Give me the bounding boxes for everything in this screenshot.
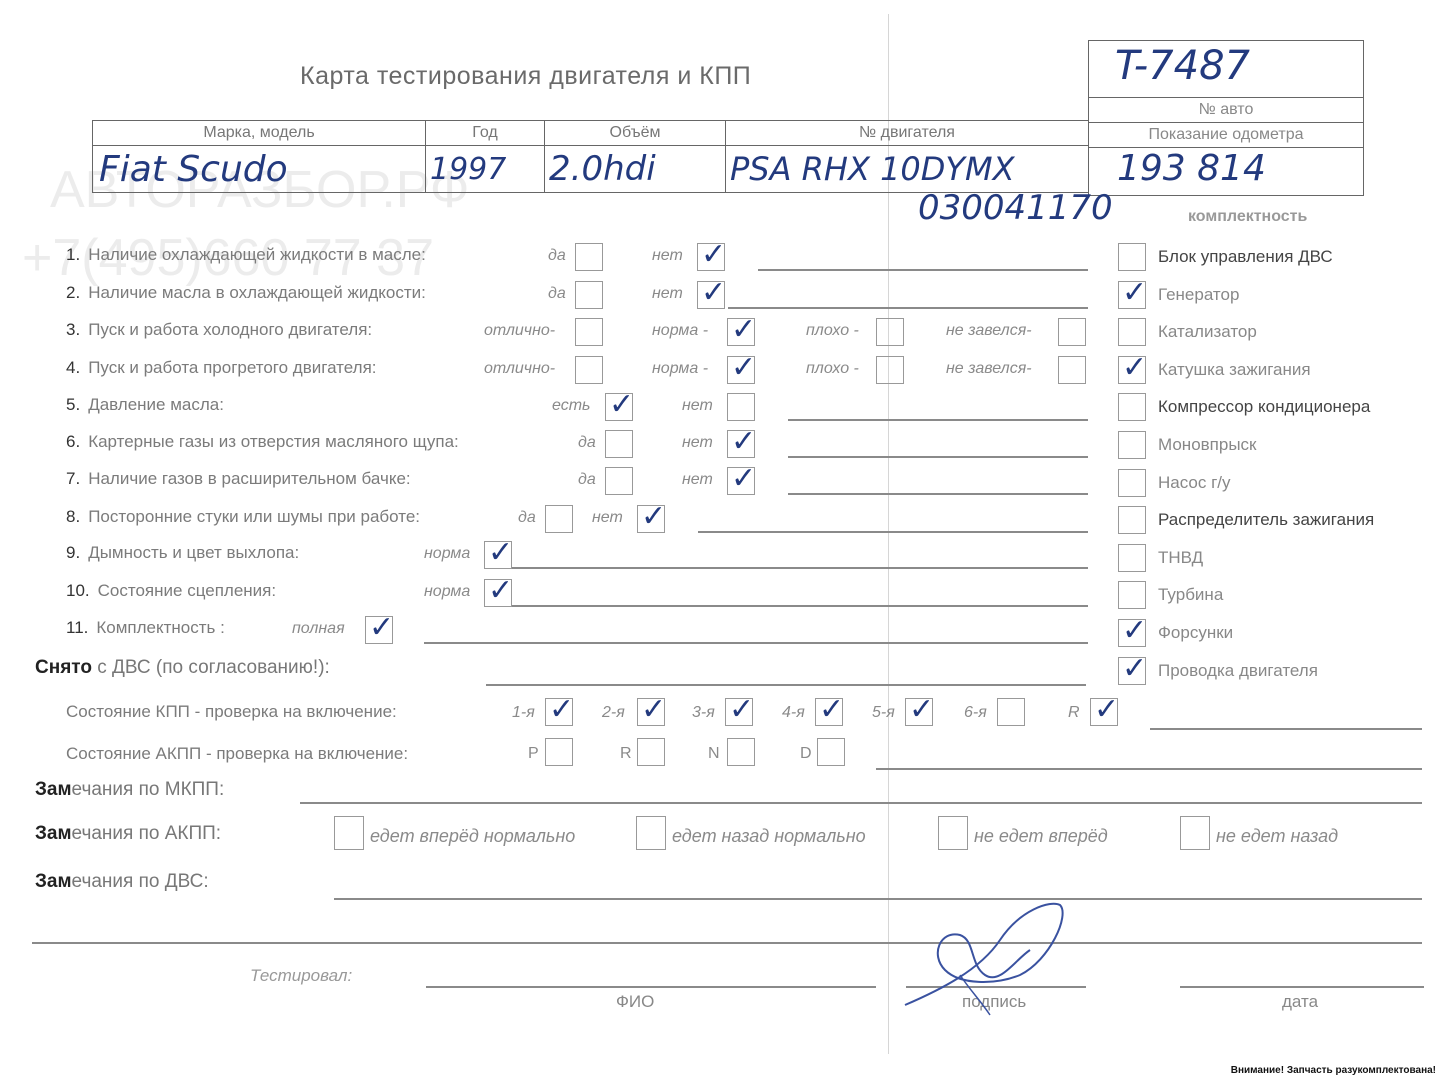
check-mark-icon: ✓ [1122, 279, 1147, 307]
engine-number-line2: 030041170 [918, 188, 1113, 228]
kit-item-label: Форсунки [1158, 623, 1233, 643]
option-checkbox-q3-4[interactable] [1058, 318, 1086, 346]
gear-label: 1-я [512, 704, 535, 722]
kit-item-label: Блок управления ДВС [1158, 247, 1333, 267]
gear-label: R [1068, 704, 1080, 722]
gear-label: 2-я [602, 704, 625, 722]
remark-line-q7[interactable] [788, 493, 1088, 495]
question-number: 9. [66, 543, 80, 562]
kit-item-label: Распределитель зажигания [1158, 510, 1374, 530]
kit-checkbox-1[interactable] [1118, 243, 1146, 271]
kit-item-label: ТНВД [1158, 548, 1203, 568]
auto-gear-label: P [528, 745, 539, 763]
check-mark-icon: ✓ [549, 696, 574, 724]
question-number: 3. [66, 320, 80, 339]
question-text: Комплектность : [96, 618, 224, 637]
manual-gearbox-label: Состояние КПП - проверка на включение: [66, 702, 397, 722]
kit-item-label: Моновпрыск [1158, 435, 1257, 455]
vehicle-info-table: Марка, модель Год Объём № двигателя Fiat… [92, 120, 1089, 193]
gear-label: 6-я [964, 704, 987, 722]
question-number: 6. [66, 432, 80, 451]
col-model-header: Марка, модель [93, 121, 426, 146]
kit-item-label: Насос г/у [1158, 473, 1231, 493]
auto-number-cell[interactable]: T-7487 [1089, 41, 1363, 98]
engine-number-value: PSA RHX 10DYMX [726, 150, 1015, 188]
check-mark-icon: ✓ [909, 696, 934, 724]
remark-line-q11[interactable] [424, 642, 1088, 644]
kit-item-label: Турбина [1158, 585, 1223, 605]
check-mark-icon: ✓ [1122, 617, 1147, 645]
auto-gearbox-label: Состояние АКПП - проверка на включение: [66, 744, 408, 764]
auto-gear-label: N [708, 745, 720, 763]
option-label: отлично- [484, 360, 555, 378]
kit-checkbox-7[interactable] [1118, 469, 1146, 497]
question-number: 7. [66, 469, 80, 488]
remarks-dvs-rest: ечания по ДВС: [72, 871, 209, 892]
auto-gear-label: D [800, 745, 812, 763]
odometer-cell[interactable]: 193 814 [1089, 148, 1363, 194]
model-value: Fiat Scudo [93, 149, 288, 190]
remarks-mkpp-rest: ечания по МКПП: [72, 779, 225, 800]
remark-line-q5[interactable] [788, 419, 1088, 421]
kit-heading: комплектность [1188, 208, 1307, 226]
check-mark-icon: ✓ [731, 354, 756, 382]
option-checkbox-q4-4[interactable] [1058, 356, 1086, 384]
question-4: 4.Пуск и работа прогретого двигателя: [66, 358, 377, 378]
option-label: отлично- [484, 322, 555, 340]
question-text: Наличие охлаждающей жидкости в масле: [88, 245, 426, 264]
question-9: 9.Дымность и цвет выхлопа: [66, 543, 299, 563]
check-mark-icon: ✓ [641, 503, 666, 531]
auto-gear-label: R [620, 745, 632, 763]
check-mark-icon: ✓ [731, 316, 756, 344]
akpp-option-label: не едет вперёд [974, 826, 1108, 847]
question-8: 8.Посторонние стуки или шумы при работе: [66, 507, 420, 527]
manual-gearbox-line[interactable] [1150, 728, 1422, 730]
remark-line-q1[interactable] [758, 269, 1088, 271]
question-11: 11.Комплектность : [66, 618, 225, 638]
option-label: да [548, 285, 566, 303]
auto-gear-checkbox-N[interactable] [727, 738, 755, 766]
question-text: Наличие газов в расширительном бачке: [88, 469, 410, 488]
question-number: 4. [66, 358, 80, 377]
kit-item-label: Проводка двигателя [1158, 661, 1318, 681]
removed-line[interactable] [486, 684, 1086, 686]
option-checkbox-q5-2[interactable] [727, 393, 755, 421]
option-label: нет [682, 397, 713, 415]
warning-note: Внимание! Запчасть разукомплектована! [1231, 1065, 1436, 1076]
option-label: норма [424, 545, 470, 563]
option-checkbox-q1-1[interactable] [575, 243, 603, 271]
check-mark-icon: ✓ [701, 279, 726, 307]
auto-gearbox-line[interactable] [876, 768, 1422, 770]
option-label: норма [424, 583, 470, 601]
question-number: 11. [66, 618, 88, 637]
kit-item-label: Катушка зажигания [1158, 360, 1311, 380]
option-checkbox-q7-1[interactable] [605, 467, 633, 495]
question-7: 7.Наличие газов в расширительном бачке: [66, 469, 411, 489]
engine-cell[interactable]: PSA RHX 10DYMX [726, 146, 1089, 193]
check-mark-icon: ✓ [641, 696, 666, 724]
remarks-mkpp: Замечания по МКПП: [35, 779, 224, 801]
check-mark-icon: ✓ [819, 696, 844, 724]
gear-label: 3-я [692, 704, 715, 722]
kit-item-label: Катализатор [1158, 322, 1257, 342]
auto-gear-checkbox-P[interactable] [545, 738, 573, 766]
option-checkbox-q3-3[interactable] [876, 318, 904, 346]
check-mark-icon: ✓ [488, 577, 513, 605]
option-checkbox-q8-1[interactable] [545, 505, 573, 533]
option-label: полная [292, 620, 345, 638]
removed-heading: Снято с ДВС (по согласованию!): [35, 657, 330, 679]
option-label: не завелся- [946, 322, 1032, 340]
question-text: Картерные газы из отверстия масляного щу… [88, 432, 459, 451]
option-checkbox-q6-1[interactable] [605, 430, 633, 458]
kit-item-label: Компрессор кондиционера [1158, 397, 1370, 417]
gear-label: 4-я [782, 704, 805, 722]
remarks-akpp-bold: Зам [35, 823, 72, 844]
option-label: плохо - [806, 322, 859, 340]
question-text: Состояние сцепления: [98, 581, 276, 600]
remark-line-q10[interactable] [512, 605, 1088, 607]
gear-checkbox-6-я[interactable] [997, 698, 1025, 726]
question-10: 10.Состояние сцепления: [66, 581, 276, 601]
question-6: 6.Картерные газы из отверстия масляного … [66, 432, 459, 452]
option-label: нет [652, 285, 683, 303]
question-number: 10. [66, 581, 90, 600]
question-number: 2. [66, 283, 80, 302]
year-value: 1997 [426, 152, 506, 187]
remarks-akpp-rest: ечания по АКПП: [72, 823, 222, 844]
check-mark-icon: ✓ [729, 696, 754, 724]
option-label: норма - [652, 322, 708, 340]
auto-number-value: T-7487 [1115, 43, 1250, 89]
page-title: Карта тестирования двигателя и КПП [300, 62, 751, 91]
check-mark-icon: ✓ [488, 539, 513, 567]
option-label: да [548, 247, 566, 265]
question-3: 3.Пуск и работа холодного двигателя: [66, 320, 372, 340]
option-checkbox-q4-3[interactable] [876, 356, 904, 384]
question-text: Наличие масла в охлаждающей жидкости: [88, 283, 426, 302]
akpp-option-checkbox-3[interactable] [938, 816, 968, 850]
remark-line-q8[interactable] [698, 531, 1088, 533]
fio-line[interactable] [426, 986, 876, 988]
remarks-mkpp-line[interactable] [300, 802, 1422, 804]
question-text: Дымность и цвет выхлопа: [88, 543, 299, 562]
auto-gear-checkbox-D[interactable] [817, 738, 845, 766]
kit-checkbox-10[interactable] [1118, 581, 1146, 609]
remarks-mkpp-bold: Зам [35, 779, 72, 800]
volume-cell[interactable]: 2.0hdi [545, 146, 726, 193]
akpp-option-label: не едет назад [1216, 826, 1338, 847]
remark-line-q6[interactable] [788, 456, 1088, 458]
option-label: да [578, 434, 596, 452]
akpp-option-checkbox-1[interactable] [334, 816, 364, 850]
question-5: 5.Давление масла: [66, 395, 224, 415]
year-cell[interactable]: 1997 [426, 146, 545, 193]
kit-checkbox-8[interactable] [1118, 506, 1146, 534]
auto-number-box: T-7487 № авто Показание одометра 193 814 [1088, 40, 1364, 196]
check-mark-icon: ✓ [1122, 655, 1147, 683]
option-label: нет [682, 434, 713, 452]
kit-checkbox-5[interactable] [1118, 393, 1146, 421]
remarks-dvs-bold: Зам [35, 871, 72, 892]
option-label: плохо - [806, 360, 859, 378]
auto-gear-checkbox-R[interactable] [637, 738, 665, 766]
remarks-dvs-line[interactable] [334, 898, 1422, 900]
auto-number-label: № авто [1089, 98, 1363, 123]
akpp-option-checkbox-4[interactable] [1180, 816, 1210, 850]
col-year-header: Год [426, 121, 545, 146]
option-label: есть [552, 397, 590, 415]
remarks-extra-line[interactable] [32, 942, 1422, 944]
removed-rest: с ДВС (по согласованию!): [92, 657, 330, 678]
akpp-option-label: едет назад нормально [672, 826, 866, 847]
question-text: Посторонние стуки или шумы при работе: [88, 507, 420, 526]
question-number: 8. [66, 507, 80, 526]
akpp-option-checkbox-2[interactable] [636, 816, 666, 850]
kit-checkbox-6[interactable] [1118, 431, 1146, 459]
option-checkbox-q3-1[interactable] [575, 318, 603, 346]
tested-by-label: Тестировал: [250, 966, 352, 986]
option-label: нет [652, 247, 683, 265]
akpp-option-label: едет вперёд нормально [370, 826, 575, 847]
remark-line-q9[interactable] [512, 567, 1088, 569]
check-mark-icon: ✓ [1122, 354, 1147, 382]
option-label: нет [592, 509, 623, 527]
fio-label: ФИО [616, 992, 654, 1012]
remark-line-q2[interactable] [728, 307, 1088, 309]
option-checkbox-q2-1[interactable] [575, 281, 603, 309]
check-mark-icon: ✓ [1094, 696, 1119, 724]
check-mark-icon: ✓ [731, 428, 756, 456]
check-mark-icon: ✓ [731, 465, 756, 493]
model-cell[interactable]: Fiat Scudo [93, 146, 426, 193]
option-label: нет [682, 471, 713, 489]
kit-item-label: Генератор [1158, 285, 1239, 305]
remarks-akpp: Замечания по АКПП: [35, 823, 221, 845]
option-label: не завелся- [946, 360, 1032, 378]
signature-scribble [900, 900, 1070, 1030]
date-label: дата [1282, 992, 1318, 1012]
odometer-value: 193 814 [1117, 148, 1266, 189]
question-1: 1.Наличие охлаждающей жидкости в масле: [66, 245, 426, 265]
col-volume-header: Объём [545, 121, 726, 146]
volume-value: 2.0hdi [545, 149, 656, 189]
col-engine-header: № двигателя [726, 121, 1089, 146]
kit-checkbox-3[interactable] [1118, 318, 1146, 346]
question-number: 1. [66, 245, 80, 264]
question-text: Пуск и работа прогретого двигателя: [88, 358, 376, 377]
option-label: да [518, 509, 536, 527]
check-mark-icon: ✓ [701, 241, 726, 269]
option-checkbox-q4-1[interactable] [575, 356, 603, 384]
check-mark-icon: ✓ [609, 391, 634, 419]
option-label: да [578, 471, 596, 489]
option-label: норма - [652, 360, 708, 378]
gear-label: 5-я [872, 704, 895, 722]
check-mark-icon: ✓ [369, 614, 394, 642]
question-2: 2.Наличие масла в охлаждающей жидкости: [66, 283, 426, 303]
question-text: Пуск и работа холодного двигателя: [88, 320, 372, 339]
question-text: Давление масла: [88, 395, 224, 414]
question-number: 5. [66, 395, 80, 414]
remarks-dvs: Замечания по ДВС: [35, 871, 209, 893]
removed-bold: Снято [35, 657, 92, 678]
kit-checkbox-9[interactable] [1118, 544, 1146, 572]
odometer-label: Показание одометра [1089, 123, 1363, 148]
date-line[interactable] [1180, 986, 1424, 988]
